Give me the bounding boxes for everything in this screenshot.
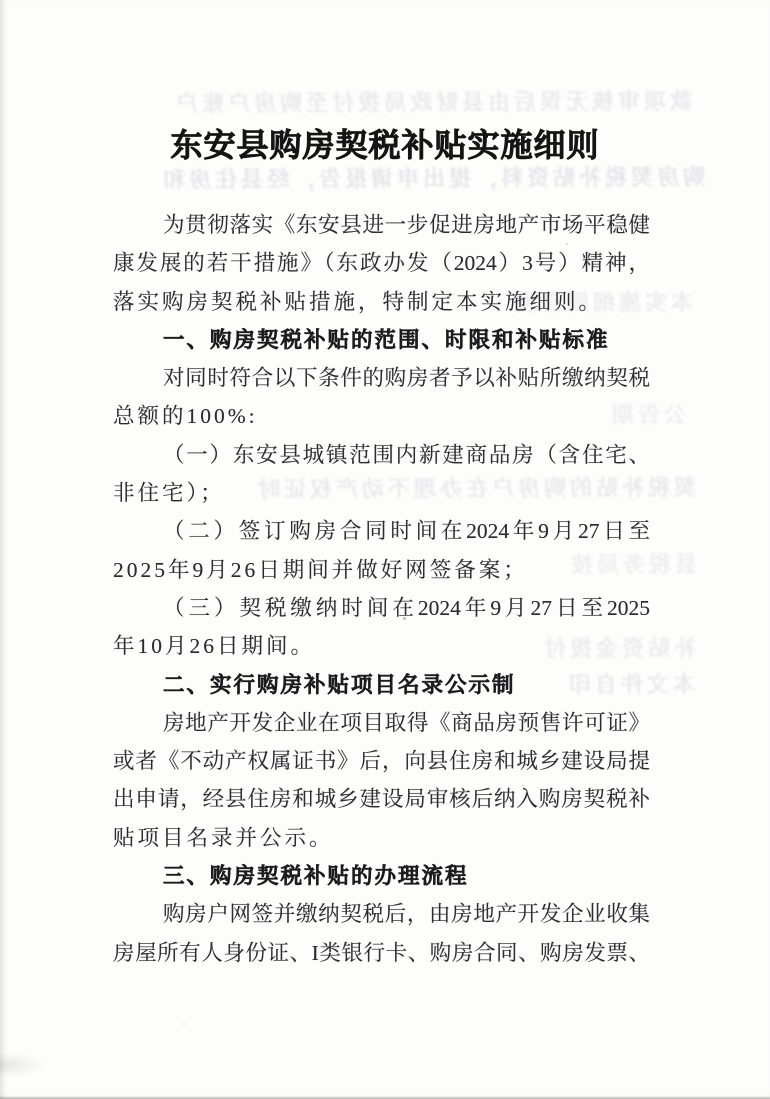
scanned-document-page: 款项审核无误后由县财政局拨付至购房户账户购房契税补贴资料，提出申请报告，经县住房… (0, 0, 770, 1099)
text-line: （一）东安县城镇范围内新建商品房（含住宅、 (113, 436, 650, 474)
text-line: 对同时符合以下条件的购房者予以补贴所缴纳契税 (113, 359, 650, 397)
text-line: 房屋所有人身份证、I类银行卡、购房合同、购房发票、 (113, 934, 650, 972)
scan-speck (566, 243, 568, 245)
text-line: （三）契税缴纳时间在2024年9月27日至2025 (113, 589, 650, 627)
text-line: 为贯彻落实《东安县进一步促进房地产市场平稳健 (113, 206, 650, 244)
scan-corner-smudge (0, 1052, 48, 1078)
section-heading: 二、实行购房补贴项目名录公示制 (113, 666, 650, 704)
text-line: 购房户网签并缴纳契税后，由房地产开发企业收集 (113, 895, 650, 933)
text-line: 年10月26日期间。 (113, 627, 650, 665)
text-line: 总额的100%: (113, 397, 650, 435)
scan-speck (403, 617, 406, 620)
scan-speck (183, 1023, 185, 1025)
text-line: 非住宅）； (113, 474, 650, 512)
text-line: 2025年9月26日期间并做好网签备案； (113, 551, 650, 589)
text-line: 或者《不动产权属证书》后，向县住房和城乡建设局提 (113, 742, 650, 780)
text-line: 出申请，经县住房和城乡建设局审核后纳入购房契税补 (113, 780, 650, 818)
text-line: （二）签订购房合同时间在2024年9月27日至 (113, 512, 650, 550)
section-heading: 一、购房契税补贴的范围、时限和补贴标准 (113, 321, 650, 359)
text-line: 房地产开发企业在项目取得《商品房预售许可证》 (113, 704, 650, 742)
document-body: 为贯彻落实《东安县进一步促进房地产市场平稳健康发展的若干措施》（东政办发（202… (113, 206, 650, 972)
text-line: 落实购房契税补贴措施，特制定本实施细则。 (113, 283, 650, 321)
bleedthrough-text: 款项审核无误后由县财政局拨付至购房户账户 (112, 84, 692, 118)
section-heading: 三、购房契税补贴的办理流程 (113, 857, 650, 895)
document-title: 东安县购房契税补贴实施细则 (0, 120, 770, 166)
text-line: 康发展的若干措施》（东政办发（2024）3号）精神， (113, 244, 650, 282)
scan-edge-shadow-left (0, 0, 6, 1099)
text-line: 贴项目名录并公示。 (113, 819, 650, 857)
